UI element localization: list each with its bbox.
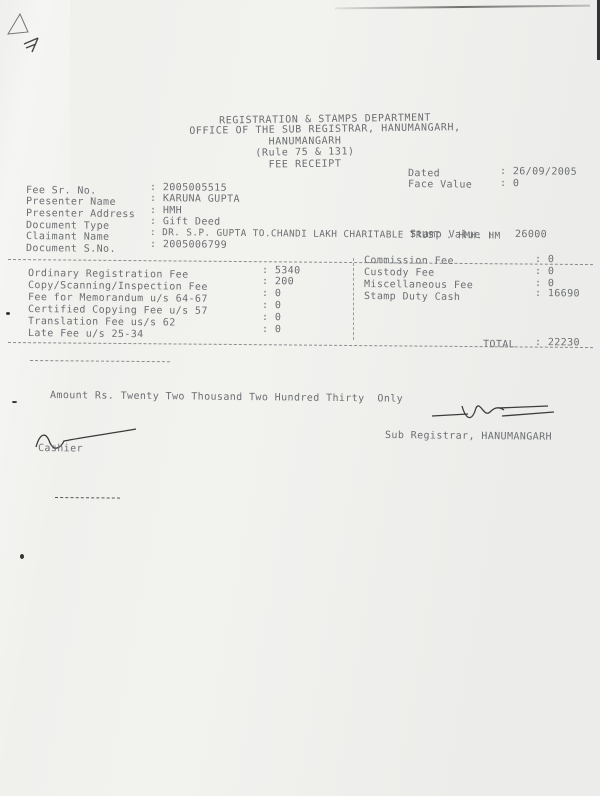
certified-copying-fee-value: : 0 <box>262 300 281 312</box>
face-value-value: : 0 <box>500 178 519 190</box>
late-fee-value: : 0 <box>262 324 281 336</box>
document-sno-value: : 2005006799 <box>150 239 227 252</box>
dated-value: : 26/09/2005 <box>500 166 577 179</box>
corner-pen-mark-icon <box>4 8 44 56</box>
paper-edge-line <box>335 5 590 10</box>
ink-speck <box>20 554 24 559</box>
total-label: TOTAL <box>483 339 515 351</box>
column-divider <box>353 258 354 340</box>
presenter-address-label: Presenter Address <box>26 208 135 221</box>
custody-fee-value: : 0 <box>535 266 554 278</box>
divider-top <box>8 259 593 265</box>
total-value: : 22230 <box>535 337 580 349</box>
sub-registrar-label: Sub Registrar, HANUMANGARH <box>385 430 552 444</box>
amount-in-words: Amount Rs. Twenty Two Thousand Two Hundr… <box>50 390 403 406</box>
late-fee-label: Late Fee u/s 25-34 <box>28 328 144 341</box>
ink-speck <box>6 312 10 315</box>
stamp-value-label: Stamp Value : <box>410 229 494 242</box>
commission-fee-value: : 0 <box>535 254 554 266</box>
presenter-name-label: Presenter Name <box>26 196 116 209</box>
divider-short <box>30 360 170 362</box>
miscellaneous-fee-label: Miscellaneous Fee <box>364 279 473 292</box>
ink-speck <box>12 401 17 403</box>
custody-fee-label: Custody Fee <box>364 267 435 280</box>
claimant-name-label: Claimant Name <box>26 231 110 244</box>
presenter-name-value: : KARUNA GUPTA <box>150 193 240 206</box>
receipt-paper: REGISTRATION & STAMPS DEPARTMENT OFFICE … <box>0 0 600 796</box>
stamp-duty-cash-value: : 16690 <box>535 288 580 300</box>
stamp-duty-cash-label: Stamp Duty Cash <box>364 291 460 304</box>
stray-dash-line <box>55 497 120 499</box>
memorandum-fee-value: : 0 <box>262 288 281 300</box>
document-sno-label: Document S.No. <box>26 243 116 256</box>
copy-scanning-fee-value: : 200 <box>262 276 294 288</box>
commission-fee-label: Commission Fee <box>364 255 454 268</box>
face-value-label: Face Value <box>408 179 472 192</box>
cashier-label: Cashier <box>38 443 83 455</box>
sub-registrar-signature-icon <box>428 396 558 426</box>
stamp-value-value: 26000 <box>515 229 547 241</box>
translation-fee-value: : 0 <box>262 312 281 324</box>
